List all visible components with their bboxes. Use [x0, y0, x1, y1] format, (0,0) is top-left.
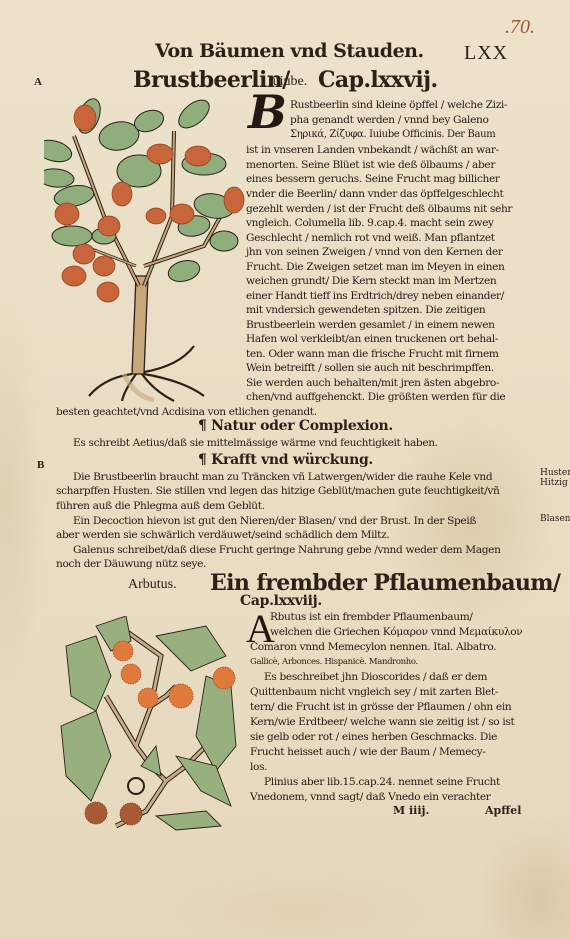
- body-line: weichen grundt/ Die Kern steckt man im M…: [246, 274, 496, 288]
- running-head: Von Bäumen vnd Stauden.: [155, 40, 424, 62]
- body-line: Vnedonem, vnnd sagt/ daß Vnedo ein verac…: [250, 790, 491, 804]
- body-line: Sie werden auch behalten/mit jren ästen …: [246, 376, 499, 390]
- body-line: Die Brustbeerlin braucht man zu Träncken…: [73, 470, 492, 484]
- body-line: vngleich. Columella lib. 9.cap.4. macht …: [246, 216, 494, 230]
- folio-number: LXX: [464, 42, 508, 65]
- body-line: Comaron vnnd Memecylon nennen. Ital. Alb…: [250, 640, 496, 654]
- body-line: führen auß die Phlegma auß dem Geblüt.: [56, 499, 265, 513]
- body-line: Hafen wol verkleibt/an einen truckenen o…: [246, 332, 498, 346]
- body-line: Brustbeerlein werden gesamlet / in einem…: [246, 318, 495, 332]
- body-line: vnder die Beerlin/ dann vnder das öpffel…: [246, 187, 503, 201]
- body-line: gezehlt werden / ist der Frucht deß ölba…: [246, 202, 512, 216]
- section-heading-effect: ¶ Krafft vnd würckung.: [198, 452, 373, 468]
- body-line: ist in vnseren Landen vnbekandt / wächßt…: [246, 143, 499, 157]
- body-line: Gallicè, Arbonces. Hispanicè. Mandronho.: [250, 655, 418, 669]
- body-line: menorten. Seine Blüet ist wie deß ölbaum…: [246, 158, 495, 172]
- chapter1-chapter-label: Cap.lxxvij.: [318, 67, 438, 93]
- chapter2-latin-name: Arbutus.: [128, 577, 177, 593]
- body-line: Rustbeerlin sind kleine öpffel / welche …: [290, 98, 507, 112]
- body-line: einer Handt tieff ins Erdtrich/drey nebe…: [246, 289, 504, 303]
- body-line: aber werden sie schwärlich verdäuwet/sei…: [56, 528, 389, 542]
- body-line: sie gelb oder rot / eines herben Geschma…: [250, 730, 497, 744]
- body-line: Rbutus ist ein frembder Pflaumenbaum/: [270, 610, 473, 624]
- body-line: welchen die Griechen Κόμαρον vnnd Μεμαίκ…: [270, 625, 522, 639]
- margin-letter-b: B: [37, 459, 44, 471]
- margin-note: Blasen.: [540, 514, 570, 525]
- body-line: Plinius aber lib.15.cap.24. nennet seine…: [264, 775, 500, 789]
- body-line: Quittenbaum nicht vngleich sey / mit zar…: [250, 685, 498, 699]
- body-line: scharpffen Husten. Sie stillen vnd legen…: [56, 484, 500, 498]
- section-heading-nature: ¶ Natur oder Complexion.: [198, 418, 393, 434]
- chapter1-drop-cap: B: [248, 92, 287, 132]
- catchword: Apffel: [485, 804, 521, 817]
- arbutus-tree-illustration: [56, 616, 246, 831]
- signature-mark: M iiij.: [393, 804, 429, 817]
- body-line: Geschlecht / nemlich rot vnd weiß. Man p…: [246, 231, 495, 245]
- body-line: jhn von seinen Zweigen / vnnd von den Ke…: [246, 245, 503, 259]
- nature-text: Es schreibt Aetius/daß sie mittelmässige…: [73, 436, 438, 450]
- body-line: tern/ die Frucht ist in grösse der Pflau…: [250, 700, 511, 714]
- body-line: los.: [250, 760, 267, 774]
- body-line: eines bessern geruchs. Seine Frucht mag …: [246, 172, 500, 186]
- body-line: Galenus schreibet/daß diese Frucht gerin…: [73, 543, 501, 557]
- body-line: ten. Oder wann man die frische Frucht mi…: [246, 347, 499, 361]
- body-line: Kern/wie Erdtbeer/ welche wann sie zeiti…: [250, 715, 514, 729]
- body-line: Frucht heisset auch / wie der Baum / Mem…: [250, 745, 485, 759]
- body-line: noch der Däuwung nütz seye.: [56, 557, 206, 571]
- body-line: Es beschreibet jhn Dioscorides / daß er …: [264, 670, 487, 684]
- margin-note: Hitzig Geblüt: [540, 478, 570, 489]
- body-line: Ein Decoction hievon ist gut den Nieren/…: [73, 514, 476, 528]
- body-line: pha genandt werden / vnnd bey Galeno: [290, 113, 489, 127]
- body-line: mit vndersich gewendeten spitzen. Die ze…: [246, 303, 485, 317]
- body-line: Frucht. Die Zweigen setzet man im Meyen …: [246, 260, 505, 274]
- margin-letter-a: A: [34, 76, 42, 88]
- body-line: Wein betreifft / sollen sie auch nit bes…: [246, 361, 494, 375]
- body-line: Σηρικά, Ζίζυφα. Iuiube Officinis. Der Ba…: [290, 128, 495, 142]
- manuscript-page-number: .70.: [505, 16, 535, 39]
- body-line: besten geachtet/vnd Acdisina von etliche…: [56, 405, 317, 419]
- jujube-tree-illustration: [44, 96, 250, 406]
- body-line: chen/vnd auffgehenckt. Die größten werde…: [246, 390, 505, 404]
